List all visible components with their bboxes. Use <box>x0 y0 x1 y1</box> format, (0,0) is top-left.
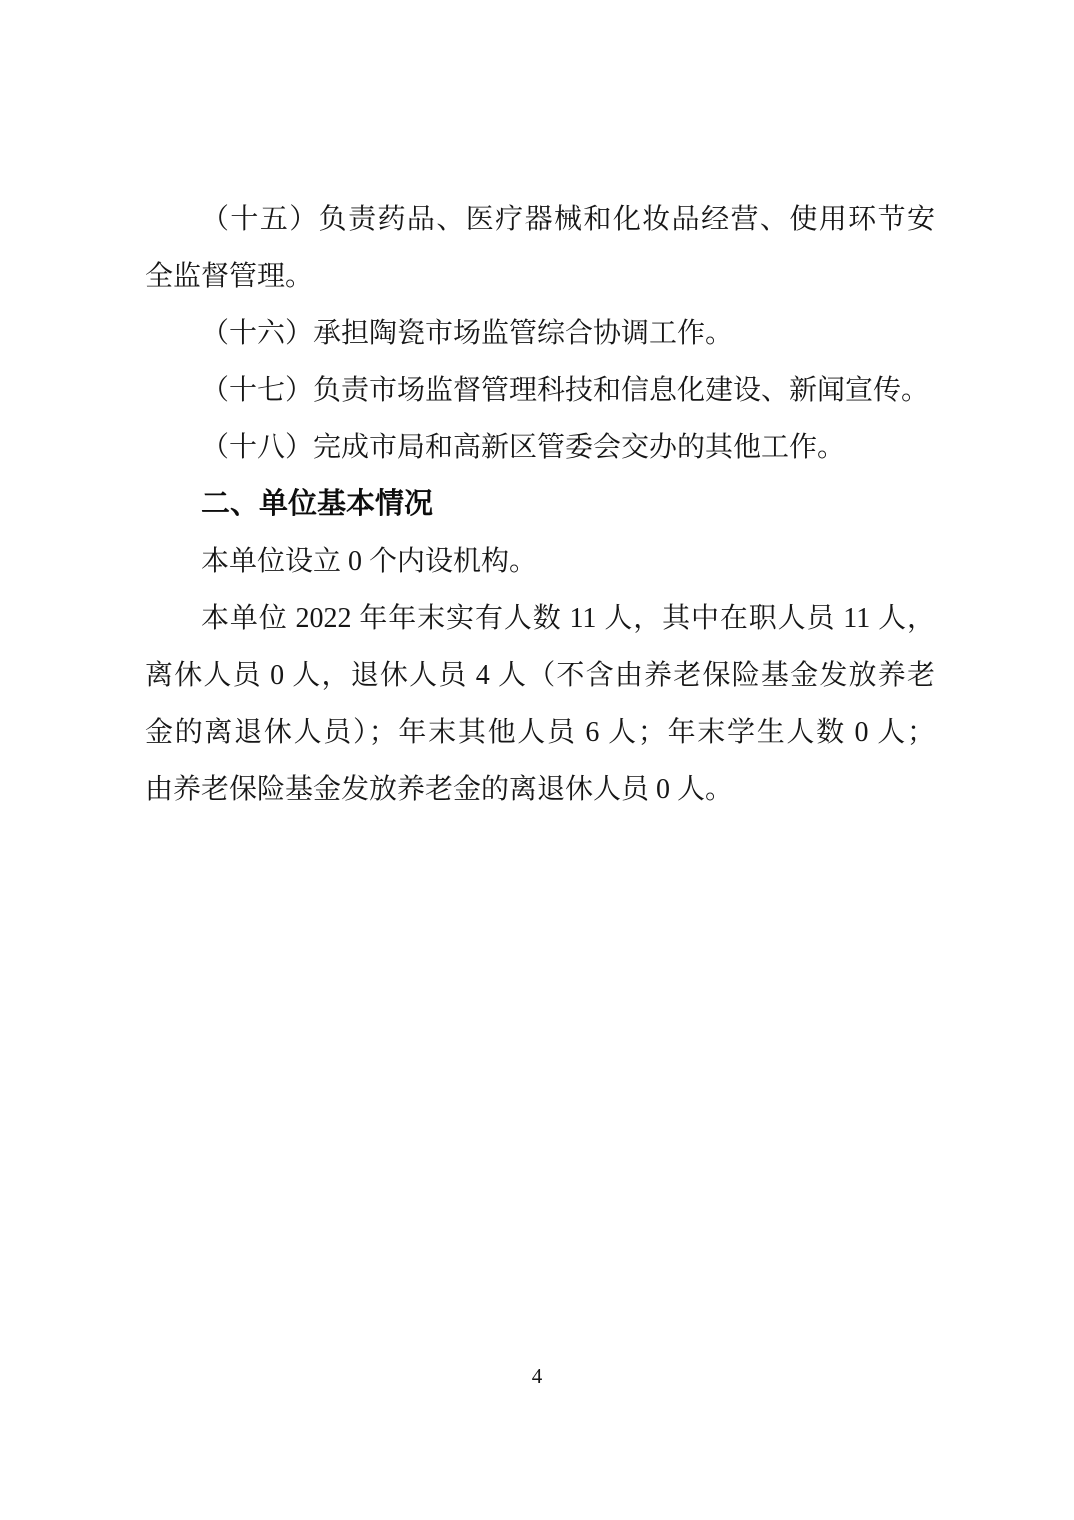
duty-18-line: （十八）完成市局和高新区管委会交办的其他工作。 <box>145 419 935 476</box>
unit-staffing-line-1: 本单位 2022 年年末实有人数 11 人，其中在职人员 11 人， <box>145 590 935 647</box>
unit-staffing-line-4: 由养老保险基金发放养老金的离退休人员 0 人。 <box>145 761 935 818</box>
document-page: （十五）负责药品、医疗器械和化妆品经营、使用环节安 全监督管理。 （十六）承担陶… <box>0 0 1074 1520</box>
unit-staffing-line-3: 金的离退休人员）；年末其他人员 6 人；年末学生人数 0 人； <box>145 704 935 761</box>
duty-16-line: （十六）承担陶瓷市场监管综合协调工作。 <box>145 305 935 362</box>
duty-17-line: （十七）负责市场监督管理科技和信息化建设、新闻宣传。 <box>145 362 935 419</box>
unit-staffing-line-2: 离休人员 0 人，退休人员 4 人（不含由养老保险基金发放养老 <box>145 647 935 704</box>
section-heading: 二、单位基本情况 <box>145 476 935 533</box>
duty-15-line-1: （十五）负责药品、医疗器械和化妆品经营、使用环节安 <box>145 191 935 248</box>
unit-structure-line: 本单位设立 0 个内设机构。 <box>145 533 935 590</box>
duty-15-line-2: 全监督管理。 <box>145 248 935 305</box>
page-number: 4 <box>0 1363 1074 1389</box>
document-body: （十五）负责药品、医疗器械和化妆品经营、使用环节安 全监督管理。 （十六）承担陶… <box>145 191 935 818</box>
